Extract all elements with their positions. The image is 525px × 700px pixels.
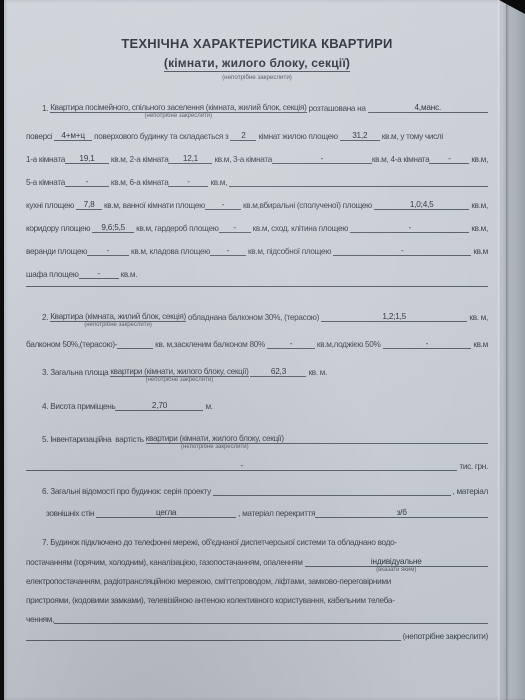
form-text: кв.м, [469, 201, 488, 210]
form-content: ТЕХНІЧНА ХАРАКТЕРИСТИКА КВАРТИРИ (кімнат… [26, 0, 488, 700]
field-value: - [424, 339, 431, 348]
blank-field [213, 495, 451, 496]
blank-field: - [267, 339, 315, 349]
form-text: балконом 50%,(терасою)- [26, 340, 117, 349]
line-utilities-strike-note: (непотрібне закреслити) [26, 629, 488, 641]
form-text: поверсі [26, 132, 54, 141]
field-value: 9,6;5,5 [99, 223, 127, 232]
form-text: поверхового будинку та складається з [92, 132, 230, 141]
form-text: пристроями, (кодовими замками), телевізі… [26, 596, 395, 605]
blank-field: - [429, 154, 469, 164]
line-ceiling-height: 4. Висота приміщень2,70 м. [26, 399, 488, 411]
form-text: кв.м [471, 247, 488, 256]
document-photo: ТЕХНІЧНА ХАРАКТЕРИСТИКА КВАРТИРИ (кімнат… [0, 0, 525, 700]
blank-field: - [168, 177, 208, 187]
form-text: кв.м [471, 340, 488, 349]
form-text: кв.м, кладова площею [129, 247, 210, 256]
blank-field: 2,70 [115, 401, 203, 411]
form-text: кв.м,лоджією 50% [315, 340, 383, 349]
field-value: 2,70 [150, 401, 169, 410]
blank-field: - [219, 223, 251, 233]
blank-field: 19,1 [65, 154, 109, 164]
field-value: 1,0;4,5 [408, 200, 436, 209]
form-text: 1. [42, 104, 50, 113]
form-text: кв.м, гардероб площею [134, 224, 218, 233]
blank-field [284, 443, 488, 444]
field-value: цегла [154, 508, 178, 517]
field-value: 12,1 [181, 154, 200, 163]
field-value: - [185, 177, 192, 186]
blank-field: - [350, 223, 469, 233]
line-closet: шафа площею- кв.м. [26, 267, 488, 279]
form-text: кв.м, у тому числі [380, 132, 443, 141]
form-text: м. [203, 402, 212, 411]
field-value: з/б [395, 508, 409, 517]
line-total-area: 3. Загальна площа квартири (кімнати, жил… [26, 365, 488, 377]
line-floors-rooms: поверсі 4+м+ц поверхового будинку та скл… [26, 129, 488, 141]
form-text: 5-а кімната [26, 178, 65, 187]
line-apartment-location: 1. Квартира посімейного, спільного засел… [26, 101, 488, 113]
form-text: кв.м, [469, 155, 488, 164]
form-text: розташована на [307, 104, 368, 113]
field-value: - [84, 177, 91, 186]
blank-field: з/б [315, 508, 488, 518]
field-value: - [406, 223, 413, 232]
field-value: - [399, 246, 406, 255]
form-text: кв.м,вбиральні (сполученої) площею [241, 201, 374, 210]
form-text: кв.м, 6-а кімната [109, 178, 169, 187]
form-text: кв.м, 4-а кімната [372, 155, 430, 164]
line-balcony-loggia: балконом 50%,(терасою)- кв. м,заскленим … [26, 337, 488, 349]
field-value: - [319, 154, 326, 163]
field-value: - [238, 461, 245, 470]
underlined-phrase: Квартира (кімната, жилий блок, секція)(н… [50, 312, 186, 322]
form-text: 1-а кімната [26, 155, 65, 164]
form-text: кв.м, ванної кімнати площею [102, 201, 205, 210]
field-value: - [225, 246, 232, 255]
line-inventory-value: 5. Інвентаризаційна вартість квартири (к… [26, 432, 488, 444]
form-text: кв.м, сход. клітина площею [251, 224, 350, 233]
strike-note: (непотрібне закреслити) [26, 74, 488, 81]
field-value: - [95, 269, 102, 278]
line-corridor-wardrobe: коридору площею 9,6;5,5 кв.м, гардероб п… [26, 221, 488, 233]
form-text: кв.м, [469, 224, 488, 233]
form-text: тис. грн. [457, 462, 488, 471]
form-text: кв.м, [208, 178, 229, 187]
blank-field: 12,1 [168, 154, 212, 164]
form-text: 3. Загальна площа [42, 368, 110, 377]
line-utilities-3: електропостачанням, радіотрансляційною м… [26, 574, 488, 586]
field-value: - [105, 246, 112, 255]
blank-field: індивідуальне(вказати яким) [305, 557, 489, 567]
blank-field: - [383, 339, 472, 349]
form-text: електропостачанням, радіотрансляційною м… [26, 577, 391, 586]
underlined-phrase: Квартира посімейного, спільного заселенн… [50, 103, 306, 113]
field-value: індивідуальне [369, 557, 424, 566]
line-utilities-2: постачанням (горячим, холодним), каналіз… [26, 555, 488, 567]
blank-field: - [79, 269, 119, 279]
blank-field: - [205, 200, 241, 210]
form-text: коридору площею [26, 224, 92, 233]
form-text: обладнана балконом 30%, (терасою) [186, 313, 321, 322]
form-text: кімнат жилою площею [256, 132, 339, 141]
form-text: , матеріал [451, 487, 488, 496]
blank-field: 7,8 [76, 200, 102, 210]
blank-field: - [87, 246, 129, 256]
form-text: 4. Висота приміщень [42, 402, 115, 411]
form-subtitle: (кімнати, жилого блоку, секції) [164, 56, 350, 72]
form-text: кухні площею [26, 201, 76, 210]
form-text: кв.м, підсобної площею [246, 247, 333, 256]
line-kitchen-bath: кухні площею 7,8 кв.м, ванної кімнати пл… [26, 198, 488, 210]
form-subtitle-wrap: (кімнати, жилого блоку, секції) [26, 56, 488, 72]
line-rooms-1-4: 1-а кімната19,1 кв.м, 2-а кімната12,1 кв… [26, 152, 488, 164]
form-text: 7. Будинок підключено до телефонні мереж… [42, 538, 397, 547]
blank-field: - [333, 246, 471, 256]
form-text: зовнішніх стін [46, 509, 96, 518]
section-divider [26, 285, 488, 287]
field-value: 4,манс. [413, 103, 444, 112]
form-text: 2. [42, 313, 50, 322]
form-page: ТЕХНІЧНА ХАРАКТЕРИСТИКА КВАРТИРИ (кімнат… [4, 0, 506, 700]
blank-field [26, 286, 488, 287]
strike-note: (вказати яким) [376, 567, 416, 573]
blank-field: 62,3 [250, 367, 306, 377]
form-text: 6. Загальні відомості про будинок: серія… [42, 487, 213, 496]
line-inventory-value-2: - тис. грн. [26, 459, 488, 471]
form-text: кв. м. [306, 368, 327, 377]
line-building-info: 6. Загальні відомості про будинок: серія… [26, 484, 488, 496]
underlined-phrase: квартири (кімнати, жилого блоку, секції)… [146, 434, 284, 444]
line-utilities-1: 7. Будинок підключено до телефонні мереж… [26, 535, 488, 547]
form-text: кв.м. [119, 270, 138, 279]
field-value: 62,3 [269, 367, 288, 376]
blank-field: 2 [230, 131, 256, 141]
blank-field: цегла [96, 508, 236, 518]
line-balcony-terrace: 2. Квартира (кімната, жилий блок, секція… [26, 310, 488, 322]
blank-field: - [272, 154, 372, 164]
form-text: кв. м,заскленим балконом 80% [153, 340, 267, 349]
form-text: шафа площею [26, 270, 79, 279]
field-value: 4+м+ц [59, 131, 86, 140]
form-title: ТЕХНІЧНА ХАРАКТЕРИСТИКА КВАРТИРИ [26, 36, 488, 51]
line-utilities-5: ченням, [26, 612, 488, 624]
blank-field: - [65, 177, 109, 187]
blank-field: - [210, 246, 246, 256]
form-text: 5. Інвентаризаційна вартість [42, 435, 146, 444]
field-value: - [220, 200, 227, 209]
line-utilities-4: пристроями, (кодовими замками), телевізі… [26, 593, 488, 605]
field-value: - [288, 339, 295, 348]
field-value: 2 [239, 131, 247, 140]
field-value: - [446, 154, 453, 163]
field-value: 7,8 [82, 200, 97, 209]
blank-field: 1,2;1,5 [321, 312, 467, 322]
underlined-phrase: квартири (кімнати, жилого блоку, секції)… [110, 367, 248, 377]
form-text: веранди площею [26, 247, 87, 256]
blank-field [54, 623, 488, 624]
strike-note: (непотрібне закреслити) [181, 444, 249, 450]
field-value: 19,1 [77, 154, 96, 163]
blank-field: - [26, 461, 457, 471]
field-value: 31,2 [350, 131, 369, 140]
form-text: кв.м, 2-а кімната [109, 155, 169, 164]
blank-field: 4,манс. [368, 103, 488, 113]
line-walls-material: зовнішніх стін цегла , матеріал перекрит… [26, 506, 488, 518]
form-text: ченням, [26, 615, 54, 624]
blank-field [117, 348, 153, 349]
form-text: , матеріал перекриття [236, 509, 315, 518]
blank-field [26, 640, 401, 641]
field-value: 1,2;1,5 [380, 312, 408, 321]
underlying-page-edge [506, 0, 525, 700]
blank-field: 1,0;4,5 [374, 200, 469, 210]
blank-field [229, 186, 488, 187]
blank-field: 9,6;5,5 [92, 223, 134, 233]
line-rooms-5-6: 5-а кімната- кв.м, 6-а кімната- кв.м, [26, 175, 488, 187]
form-text: постачанням (горячим, холодним), каналіз… [26, 558, 305, 567]
field-value: - [231, 223, 238, 232]
strike-note: (непотрібне закреслити) [145, 113, 213, 119]
form-text: (непотрібне закреслити) [401, 632, 488, 641]
form-text: кв. м, [467, 313, 488, 322]
blank-field: 31,2 [340, 131, 380, 141]
line-veranda-storage: веранди площею- кв.м, кладова площею- кв… [26, 244, 488, 256]
strike-note: (непотрібне закреслити) [146, 377, 214, 383]
strike-note: (непотрібне закреслити) [84, 322, 152, 328]
form-text: кв.м, 3-а кімната [212, 155, 272, 164]
blank-field: 4+м+ц [54, 131, 92, 141]
